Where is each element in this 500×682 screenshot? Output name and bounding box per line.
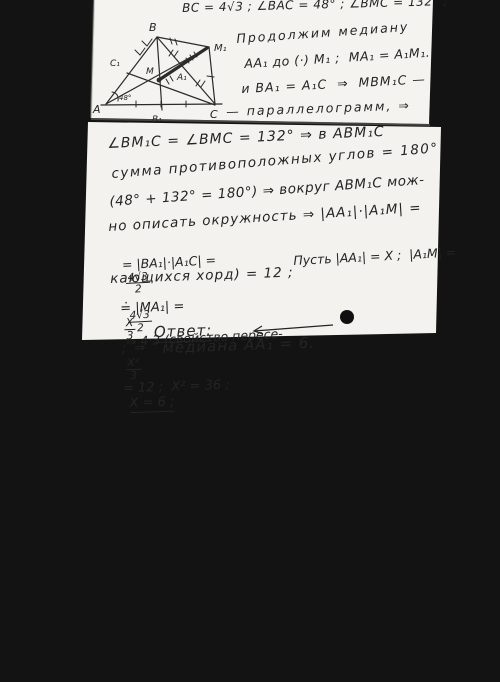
label-c1: C₁	[110, 59, 120, 69]
label-m: M	[146, 67, 154, 77]
label-c: C	[210, 108, 218, 121]
answer-text: медиана AA₁ = 6.	[162, 334, 315, 357]
scanned-document: B A C M₁ A₁ M B₁ C₁ 48° BC = 4√3 ; ∠BAC …	[0, 0, 500, 682]
final-post: = 12 ; X² = 36 ;	[123, 379, 230, 397]
final-result: X = 6 ;	[129, 395, 174, 413]
point-m-dot	[157, 78, 162, 83]
label-a: A	[92, 103, 101, 116]
hole-punch-dot	[340, 310, 354, 324]
label-m1: M₁	[214, 43, 227, 54]
answer-line: Ответ: медиана AA₁ = 6.	[130, 302, 316, 374]
label-b: B	[149, 21, 157, 34]
label-b1: B₁	[152, 115, 162, 125]
label-angle-48: 48°	[119, 94, 131, 102]
label-a1: A₁	[176, 73, 187, 83]
